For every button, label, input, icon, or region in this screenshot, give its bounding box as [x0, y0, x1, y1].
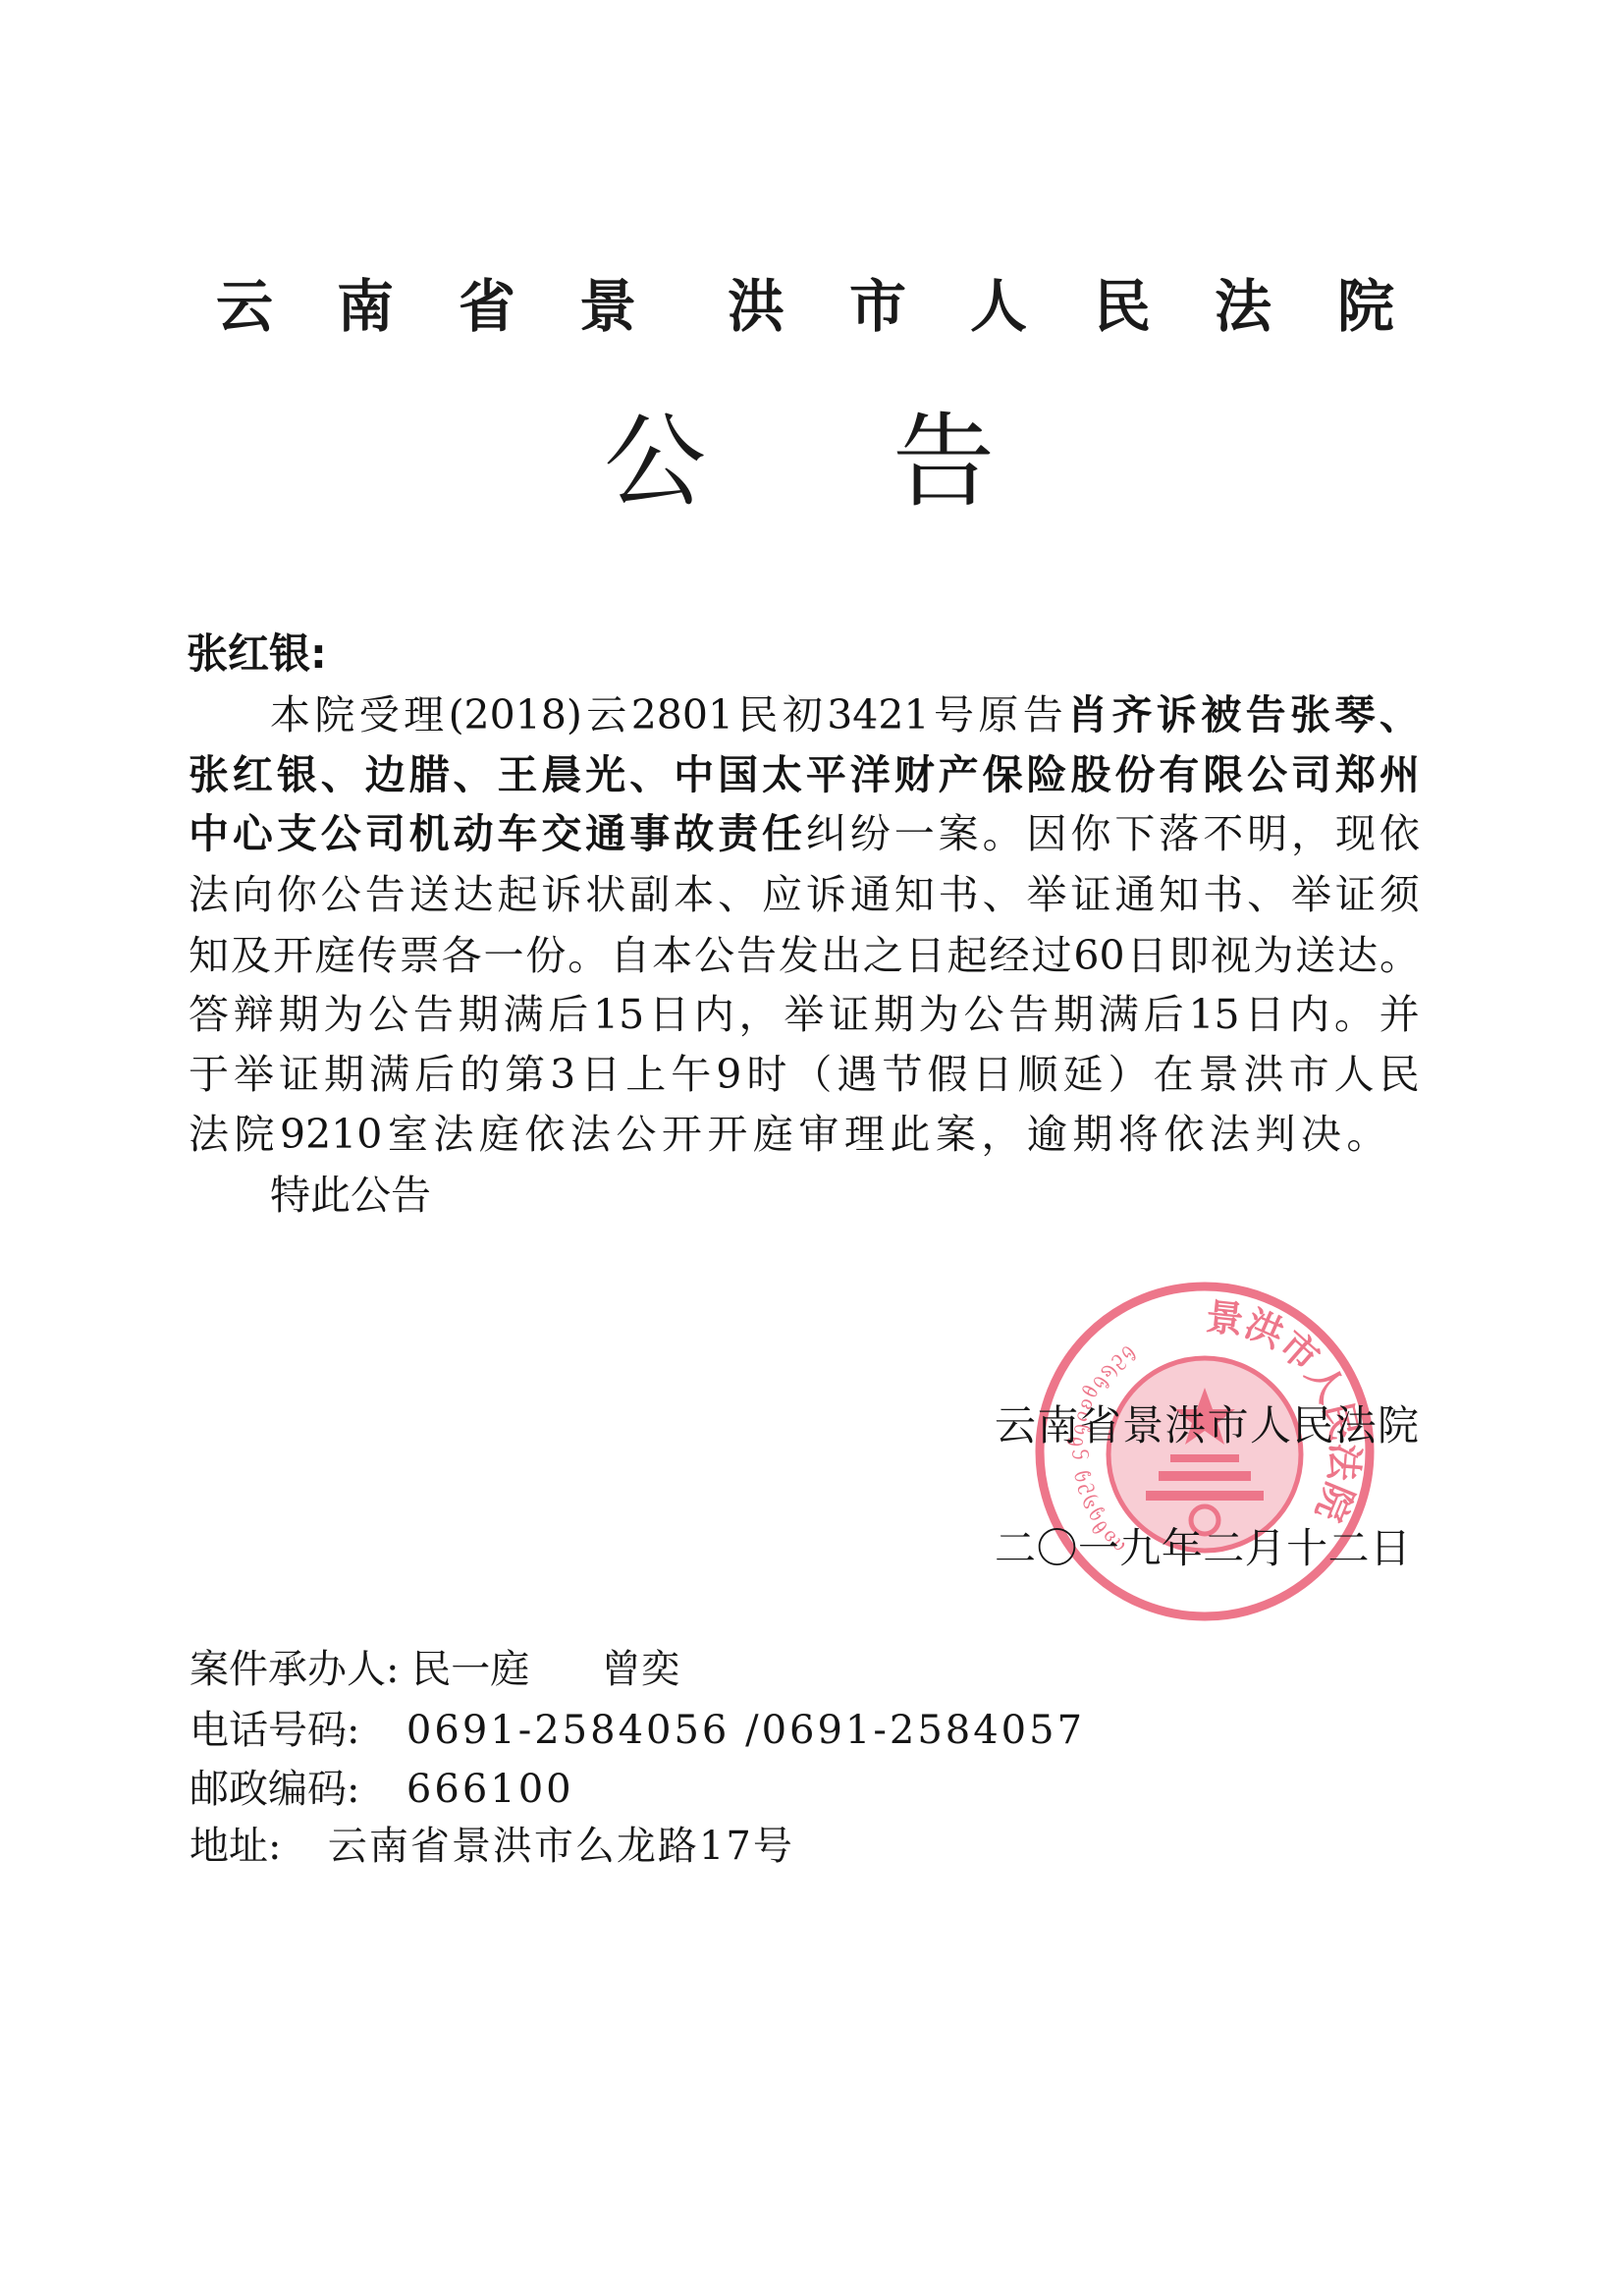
body-char: 机	[409, 811, 450, 856]
body-char: 责	[718, 811, 758, 856]
body-char: 时	[746, 1052, 786, 1097]
title-char: 人	[968, 275, 1029, 338]
body-char: 将	[1118, 1112, 1159, 1157]
body-char: 后	[1144, 992, 1184, 1037]
body-char: 送	[409, 872, 450, 917]
signature-char: 二	[995, 1524, 1036, 1573]
body-char: 理	[844, 1112, 885, 1157]
body-char: 支	[277, 811, 317, 856]
body-char: 院	[314, 692, 354, 738]
body-char: 洋	[850, 752, 891, 797]
body-char: 举	[234, 1052, 274, 1097]
signature-char: 二	[1203, 1524, 1244, 1573]
body-char: 景	[1199, 1052, 1239, 1097]
body-char: 有	[1159, 752, 1199, 797]
body-char: 视	[1211, 933, 1251, 978]
title-char: 市	[847, 275, 908, 338]
address-line: 地址: 云南省景洪市么龙路17号	[189, 1824, 794, 1869]
signature-char: 民	[1292, 1401, 1333, 1450]
handler-label: 案件承办人:	[189, 1647, 399, 1692]
body-char: 限	[1203, 752, 1243, 797]
body-char: 纷	[850, 811, 891, 856]
handler-line: 案件承办人: 民一庭 曾奕	[189, 1647, 680, 1692]
signature-date: 二〇一九年二月十二日	[995, 1524, 1411, 1573]
body-char: 公	[963, 992, 1003, 1037]
body-line: 张红银、边腊、王晨光、中国太平洋财产保险股份有限公司郑州	[189, 752, 1420, 797]
body-char: 满	[1099, 992, 1139, 1037]
body-char: 遇	[837, 1052, 877, 1097]
body-char: 本	[270, 692, 310, 738]
body-char: 第	[505, 1052, 545, 1097]
body-char: 举	[784, 992, 824, 1037]
body-char: 内	[1289, 992, 1329, 1037]
body-char: 为	[1253, 933, 1293, 978]
body-char: 为	[919, 992, 959, 1037]
body-char: 齐	[1112, 692, 1153, 738]
body-char: 出	[821, 933, 861, 978]
body-char: 在	[1154, 1052, 1194, 1097]
body-char: 本	[674, 872, 714, 917]
body-char: 日	[972, 1052, 1012, 1097]
body-char: 依	[524, 1112, 565, 1157]
body-char: 险	[1027, 752, 1067, 797]
body-char: 院	[235, 1112, 275, 1157]
body-char: 晨	[541, 752, 581, 797]
body-line: 法向你公告送达起诉状副本、应诉通知书、举证通知书、举证须	[189, 872, 1420, 917]
body-char: 午	[671, 1052, 711, 1097]
body-char: 保	[983, 752, 1023, 797]
body-char: 3	[550, 1052, 575, 1097]
body-char: 后	[548, 992, 588, 1037]
body-char: 股	[1070, 752, 1110, 797]
body-char: 庭	[315, 933, 355, 978]
body-char: 份	[1114, 752, 1155, 797]
body-char: 期	[324, 1052, 364, 1097]
body-char: 通	[1114, 872, 1155, 917]
body-char: 依	[1380, 811, 1420, 856]
body-char: 受	[359, 692, 400, 738]
body-char: 开	[707, 1112, 747, 1157]
body-char: 洪	[1244, 1052, 1284, 1097]
body-char: 知	[189, 933, 229, 978]
body-char: 初	[783, 692, 823, 738]
body-char: 内	[694, 992, 734, 1037]
closing-text: 特此公告	[270, 1173, 431, 1218]
body-char: 红	[233, 752, 273, 797]
body-char: 证	[1335, 872, 1376, 917]
subtitle-char: 公	[601, 403, 709, 520]
body-char: 顺	[1017, 1052, 1057, 1097]
body-char: 知	[894, 872, 935, 917]
body-char: 国	[718, 752, 758, 797]
body-char: 法	[570, 1112, 611, 1157]
body-line: 答辩期为公告期满后15日内，举证期为公告期满后15日内。并	[189, 992, 1420, 1037]
body-char: 达	[1337, 933, 1378, 978]
handler-dept: 民一庭	[411, 1647, 529, 1692]
body-char: 太	[762, 752, 802, 797]
body-char: 节	[882, 1052, 922, 1097]
body-char: 达	[454, 872, 494, 917]
body-line: 法院9210室法庭依法公开开庭审理此案，逾期将依法判决。	[189, 1112, 1308, 1157]
body-char: 王	[497, 752, 537, 797]
body-char: 审	[798, 1112, 839, 1157]
body-char: 车	[497, 811, 537, 856]
signature-char: 云	[995, 1401, 1036, 1450]
body-char: 公	[1247, 752, 1287, 797]
body-char: 庭	[479, 1112, 519, 1157]
body-char: 通	[585, 811, 625, 856]
body-char: 份	[525, 933, 566, 978]
body-char: 司	[365, 811, 406, 856]
body-char: 起	[947, 933, 988, 978]
body-char: 诉	[541, 872, 581, 917]
body-char: 民	[737, 692, 778, 738]
body-char: (2018)	[449, 692, 582, 738]
body-char: 。	[1334, 992, 1375, 1037]
postcode-label: 邮政编码:	[189, 1767, 359, 1812]
body-char: 张	[189, 752, 229, 797]
body-char: 送	[1295, 933, 1335, 978]
body-char: 证	[1070, 872, 1110, 917]
body-char: 发	[779, 933, 819, 978]
body-char: 、	[321, 752, 361, 797]
body-char: 公	[694, 933, 734, 978]
body-char: 故	[674, 811, 714, 856]
title-char: 洪	[726, 275, 786, 338]
title-char: 院	[1335, 275, 1396, 338]
body-char: 期	[459, 992, 499, 1037]
signature-char: 南	[1037, 1401, 1078, 1450]
body-char: 状	[585, 872, 625, 917]
body-char: 传	[357, 933, 398, 978]
body-char: 2801	[631, 692, 733, 738]
body-char: 一	[483, 933, 523, 978]
body-char: ，	[981, 1112, 1021, 1157]
body-char: 期	[874, 992, 914, 1037]
signature-char: 景	[1122, 1401, 1163, 1450]
signature-char: 月	[1245, 1524, 1286, 1573]
body-char: 书	[939, 872, 979, 917]
body-char: 经	[990, 933, 1030, 978]
body-char: 法	[433, 1112, 473, 1157]
signature-char: 一	[1078, 1524, 1119, 1573]
signature-char: 洪	[1164, 1401, 1206, 1450]
signature-char: 年	[1162, 1524, 1203, 1573]
title-char: 省	[457, 275, 517, 338]
body-char: 任	[762, 811, 802, 856]
body-char: 告	[1023, 692, 1063, 738]
signature-char: 院	[1378, 1401, 1419, 1450]
body-char: 、	[454, 752, 494, 797]
body-char: 被	[1201, 692, 1241, 738]
body-char: 、	[1247, 872, 1287, 917]
body-char: 银	[277, 752, 317, 797]
body-char: 明	[1247, 811, 1287, 856]
body-char: 落	[1159, 811, 1199, 856]
body-char: 各	[442, 933, 482, 978]
body-char: ）	[1109, 1052, 1149, 1097]
body-char: 边	[365, 752, 406, 797]
body-char: 纠	[806, 811, 846, 856]
body-char: 的	[460, 1052, 500, 1097]
body-char: 诉	[1157, 692, 1197, 738]
signature-char: 二	[1328, 1524, 1370, 1573]
body-char: 因	[1027, 811, 1067, 856]
body-char: 庭	[753, 1112, 793, 1157]
body-char: 、	[629, 752, 670, 797]
title-char: 景	[577, 275, 638, 338]
body-char: 15	[1188, 992, 1239, 1037]
title-char: 法	[1213, 275, 1273, 338]
body-char: 期	[1054, 992, 1094, 1037]
body-char: 诉	[806, 872, 846, 917]
body-char: 中	[189, 811, 229, 856]
body-char: 腊	[409, 752, 450, 797]
body-char: 人	[1334, 1052, 1375, 1097]
signature-char: 九	[1119, 1524, 1161, 1573]
body-char: 云	[586, 692, 626, 738]
body-char: 室	[388, 1112, 428, 1157]
body-char: 开	[273, 933, 313, 978]
body-char: 。	[568, 933, 608, 978]
body-char: 并	[1380, 992, 1420, 1037]
postcode-value: 666100	[406, 1767, 574, 1812]
addressee: 张红银:	[187, 631, 327, 677]
body-char: 告	[736, 933, 777, 978]
body-char: 光	[585, 752, 625, 797]
body-char: 你	[1070, 811, 1110, 856]
body-char: 现	[1335, 811, 1376, 856]
subtitle-char: 告	[890, 403, 998, 520]
body-char: 此	[890, 1112, 930, 1157]
body-line: 中心支公司机动车交通事故责任纠纷一案。因你下落不明，现依	[189, 811, 1420, 856]
body-char: 依	[1163, 1112, 1204, 1157]
body-char: 延	[1063, 1052, 1104, 1097]
body-char: 公	[321, 872, 361, 917]
body-char: 不	[1203, 811, 1243, 856]
body-char: 日	[1244, 992, 1284, 1037]
body-char: 告	[1246, 692, 1286, 738]
body-char: 为	[323, 992, 363, 1037]
postcode-line: 邮政编码: 666100	[189, 1767, 574, 1812]
body-char: 判	[1255, 1112, 1295, 1157]
body-char: 财	[894, 752, 935, 797]
signature-char: 法	[1335, 1401, 1377, 1450]
signature-char: 日	[1370, 1524, 1411, 1573]
title-char: 南	[335, 275, 396, 338]
body-char: 公	[368, 992, 408, 1037]
signature-char: 〇	[1036, 1524, 1077, 1573]
body-char: 60	[1073, 933, 1124, 978]
body-char: 通	[850, 872, 891, 917]
body-char: 日	[905, 933, 946, 978]
body-char: 琴	[1334, 692, 1375, 738]
body-char: 州	[1380, 752, 1420, 797]
body-char: 产	[939, 752, 979, 797]
body-char: 告	[413, 992, 454, 1037]
phone-line: 电话号码: 0691-2584056 /0691-2584057	[189, 1708, 1085, 1753]
phone-value: 0691-2584056 /0691-2584057	[406, 1708, 1085, 1753]
body-char: ，	[739, 992, 780, 1037]
body-char: （	[791, 1052, 832, 1097]
body-char: 民	[1380, 1052, 1420, 1097]
body-char: 市	[1289, 1052, 1329, 1097]
signature-char: 省	[1080, 1401, 1121, 1450]
body-char: 动	[454, 811, 494, 856]
body-char: 期	[1072, 1112, 1112, 1157]
body-char: 法	[189, 1112, 229, 1157]
body-char: 9210	[280, 1112, 382, 1157]
body-char: 知	[1159, 872, 1199, 917]
body-char: 票	[400, 933, 440, 978]
body-char: 告	[365, 872, 406, 917]
body-char: 下	[1114, 811, 1155, 856]
body-char: 期	[279, 992, 319, 1037]
body-char: 逾	[1027, 1112, 1067, 1157]
body-char: 事	[629, 811, 670, 856]
body-char: 起	[497, 872, 537, 917]
signature-char: 十	[1286, 1524, 1327, 1573]
body-char: 一	[894, 811, 935, 856]
body-char: 满	[369, 1052, 409, 1097]
body-char: 日	[580, 1052, 621, 1097]
body-char: ，	[1291, 811, 1331, 856]
body-char: 辩	[234, 992, 274, 1037]
body-line: 知及开庭传票各一份。自本公告发出之日起经过60日即视为送达。	[189, 933, 1420, 978]
body-char: 日	[1126, 933, 1166, 978]
body-char: 后	[414, 1052, 455, 1097]
body-char: 本	[652, 933, 692, 978]
body-char: 。	[1380, 933, 1420, 978]
body-char: 你	[277, 872, 317, 917]
body-char: 3421	[827, 692, 929, 738]
body-char: 于	[189, 1052, 229, 1097]
body-char: 郑	[1335, 752, 1376, 797]
body-char: 告	[1008, 992, 1049, 1037]
handler-name: 曾奕	[602, 1647, 680, 1692]
body-char: 、	[1380, 692, 1420, 738]
body-char: 须	[1380, 872, 1420, 917]
body-char: 向	[233, 872, 273, 917]
signature-char: 人	[1250, 1401, 1291, 1450]
body-char: 公	[321, 811, 361, 856]
body-char: 副	[629, 872, 670, 917]
body-char: 、	[718, 872, 758, 917]
body-char: 举	[1291, 872, 1331, 917]
body-char: 心	[233, 811, 273, 856]
body-char: 过	[1031, 933, 1071, 978]
body-char: 肖	[1067, 692, 1108, 738]
body-char: 书	[1203, 872, 1243, 917]
body-char: 假	[927, 1052, 967, 1097]
address-label: 地址:	[189, 1824, 281, 1869]
body-char: 、	[983, 872, 1023, 917]
body-char: 9	[716, 1052, 741, 1097]
phone-label: 电话号码:	[189, 1708, 359, 1753]
body-char: 司	[1291, 752, 1331, 797]
body-char: 理	[404, 692, 444, 738]
body-char: 及	[231, 933, 271, 978]
body-char: 中	[674, 752, 714, 797]
body-line: 本院受理(2018)云2801民初3421号原告肖齐诉被告张琴、	[270, 692, 1420, 738]
body-char: 平	[806, 752, 846, 797]
body-char: 应	[762, 872, 802, 917]
body-char: 之	[863, 933, 903, 978]
address-value: 云南省景洪市么龙路17号	[328, 1824, 794, 1869]
title-char: 云	[214, 275, 275, 338]
body-char: 公	[616, 1112, 656, 1157]
body-char: 证	[279, 1052, 319, 1097]
title-char: 民	[1092, 275, 1153, 338]
body-char: 满	[503, 992, 543, 1037]
body-char: 日	[649, 992, 689, 1037]
body-char: 交	[541, 811, 581, 856]
body-char: 法	[1210, 1112, 1250, 1157]
signature-char: 市	[1208, 1401, 1249, 1450]
body-char: 即	[1168, 933, 1209, 978]
body-char: 举	[1027, 872, 1067, 917]
body-char: 案	[936, 1112, 976, 1157]
body-char: 案	[939, 811, 979, 856]
body-char: 原	[978, 692, 1018, 738]
body-char: 开	[662, 1112, 702, 1157]
body-char: 15	[593, 992, 644, 1037]
body-char: 法	[189, 872, 229, 917]
body-char: 张	[1290, 692, 1330, 738]
signature-court: 云南省景洪市人民法院	[995, 1401, 1419, 1450]
body-char: 。	[983, 811, 1023, 856]
body-char: 上	[625, 1052, 666, 1097]
body-char: 证	[829, 992, 869, 1037]
body-char: 自	[610, 933, 650, 978]
body-char: 号	[934, 692, 974, 738]
body-line: 于举证期满后的第3日上午9时（遇节假日顺延）在景洪市人民	[189, 1052, 1420, 1097]
body-char: 答	[189, 992, 229, 1037]
body-char: 。	[1346, 1112, 1386, 1157]
body-char: 决	[1301, 1112, 1341, 1157]
